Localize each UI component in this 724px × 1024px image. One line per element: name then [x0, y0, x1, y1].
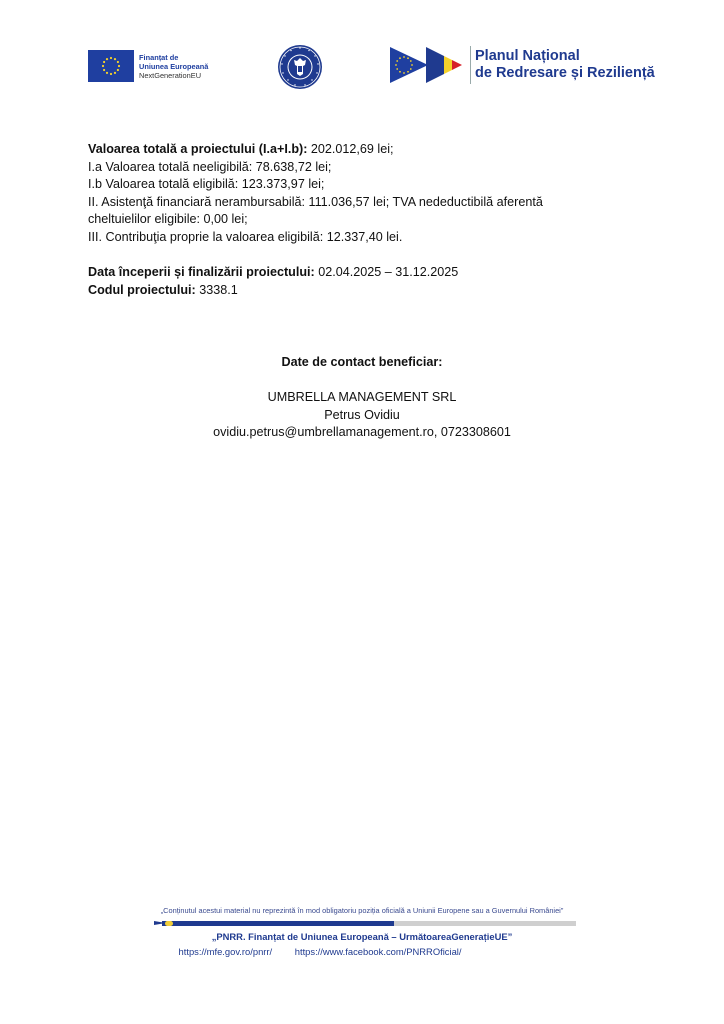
project-code-value: 3338.1	[196, 283, 238, 297]
contact-company: UMBRELLA MANAGEMENT SRL	[0, 389, 724, 407]
contact-heading: Date de contact beneficiar:	[282, 355, 443, 369]
footer-link-facebook[interactable]: https://www.facebook.com/PNRROficial/	[295, 946, 462, 957]
total-value-amount: 202.012,69 lei;	[307, 142, 393, 156]
project-details: Valoarea totală a proiectului (I.a+I.b):…	[88, 141, 608, 299]
grant-line-1: II. Asistenţă financiară nerambursabilă:…	[88, 194, 608, 212]
beneficiary-contact: Date de contact beneficiar: UMBRELLA MAN…	[0, 354, 724, 442]
guvernul-romaniei-seal-icon	[277, 44, 323, 90]
footer-links: https://mfe.gov.ro/pnrr/ https://www.fac…	[0, 946, 682, 957]
eu-funding-logo: Finanțat de Uniunea Europeană NextGenera…	[88, 50, 208, 82]
document-header: Finanțat de Uniunea Europeană NextGenera…	[0, 44, 724, 94]
project-dates-value: 02.04.2025 – 31.12.2025	[315, 265, 459, 279]
footer-color-bar	[154, 921, 576, 926]
project-dates-line: Data începerii și finalizării proiectulu…	[88, 264, 608, 282]
grant-line-2: cheltuielilor eligibile: 0,00 lei;	[88, 211, 608, 229]
total-value-label: Valoarea totală a proiectului (I.a+I.b):	[88, 142, 307, 156]
eu-logo-line3: NextGenerationEU	[139, 71, 208, 80]
eu-flag-icon	[88, 50, 134, 82]
document-footer: „Conținutul acestui material nu reprezin…	[0, 906, 724, 957]
footer-slogan: „PNRR. Finanțat de Uniunea Europeană – U…	[0, 931, 724, 942]
ineligible-value-line: I.a Valoarea totală neeligibilă: 78.638,…	[88, 159, 608, 177]
eu-logo-line1: Finanțat de	[139, 53, 208, 62]
project-dates-label: Data începerii și finalizării proiectulu…	[88, 265, 315, 279]
pnrr-logo-line2: de Redresare și Reziliență	[475, 65, 655, 82]
pnrr-arrows-icon	[390, 45, 468, 85]
footer-disclaimer: „Conținutul acestui material nu reprezin…	[0, 906, 724, 915]
contact-person: Petrus Ovidiu	[0, 407, 724, 425]
project-code-line: Codul proiectului: 3338.1	[88, 282, 608, 300]
footer-link-mfe[interactable]: https://mfe.gov.ro/pnrr/	[179, 946, 273, 957]
eligible-value-line: I.b Valoarea totală eligibilă: 123.373,9…	[88, 176, 608, 194]
contact-email-phone: ovidiu.petrus@umbrellamanagement.ro, 072…	[0, 424, 724, 442]
pnrr-logo: Planul Național de Redresare și Rezilien…	[390, 45, 655, 85]
eu-logo-line2: Uniunea Europeană	[139, 62, 208, 71]
pnrr-logo-divider	[470, 46, 471, 84]
project-code-label: Codul proiectului:	[88, 283, 196, 297]
pnrr-logo-line1: Planul Național	[475, 48, 655, 65]
own-contribution-line: III. Contribuţia proprie la valoarea eli…	[88, 229, 608, 247]
total-value-line: Valoarea totală a proiectului (I.a+I.b):…	[88, 141, 608, 159]
